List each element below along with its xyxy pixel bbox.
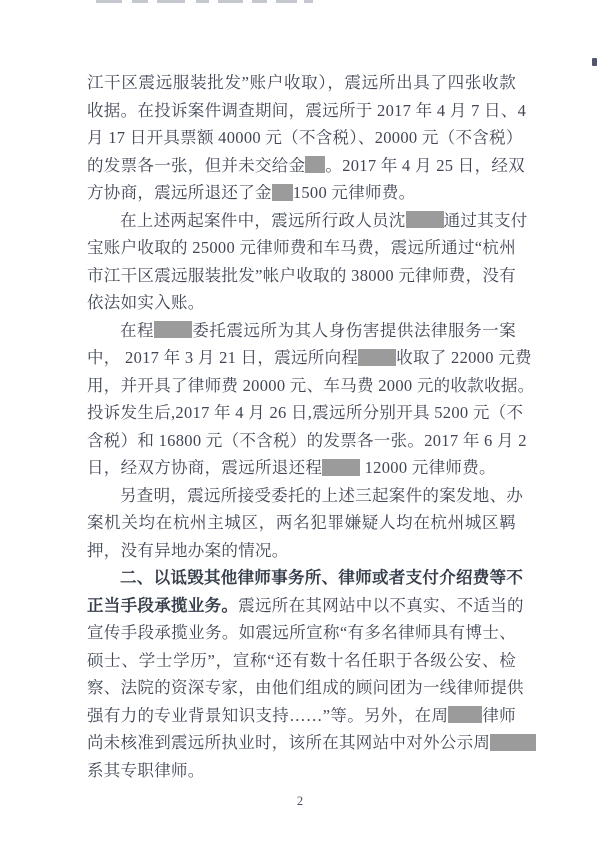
text-line: 尚未核准到震远所执业时，该所在其网站中对外公示周 [87,729,516,757]
text-line: 依法如实入账。 [87,289,516,317]
body-text: 1500 元律师费。 [293,183,416,202]
text-line: 宣传手段承揽业务。如震远所宣称“有多名律师具有博士、 [87,619,516,647]
body-text: 宝账户收取的 25000 元律师费和车马费，震远所通过“杭州 [87,238,516,257]
text-line: 江干区震远服装批发”账户收取），震远所出具了四张收款 [87,69,516,97]
paragraph: 另查明，震远所接受委托的上述三起案件的案发地、办案机关均在杭州主城区，两名犯罪嫌… [87,482,516,565]
body-text: 投诉发生后,2017 年 4 月 26 日,震远所分别开具 5200 元（不 [87,403,523,422]
body-text: 押，没有异地办案的情况。 [87,541,289,560]
text-line: 中， 2017 年 3 月 21 日，震远所向程收取了 22000 元费 [87,344,516,372]
scan-edge-mark [252,0,267,3]
section-heading-text: 正当手段承揽业务。 [87,596,238,615]
redaction-box [272,184,293,201]
text-line: 日，经双方协商，震远所退还程 12000 元律师费。 [87,454,516,482]
text-line: 宝账户收取的 25000 元律师费和车马费，震远所通过“杭州 [87,234,516,262]
body-text: 案机关均在杭州主城区，两名犯罪嫌疑人均在杭州城区羁 [87,513,516,532]
text-line: 正当手段承揽业务。震远所在其网站中以不真实、不适当的 [87,592,516,620]
body-text: 委托震远所为其人身伤害提供法律服务一案 [192,321,516,340]
scan-edge-mark [304,0,313,3]
scan-speck [592,58,597,66]
text-line: 强有力的专业背景知识支持……”等。另外，在周律师 [87,702,516,730]
text-line: 用，并开具了律师费 20000 元、车马费 2000 元的收款收据。 [87,372,516,400]
scan-edge-mark [276,0,297,3]
paragraph: 在程委托震远所为其人身伤害提供法律服务一案中， 2017 年 3 月 21 日，… [87,317,516,482]
body-text: 硕士、学士学历”，宣称“还有数十名任职于各级公安、检 [87,651,516,670]
text-line: 月 17 日开具票额 40000 元（不含税）、20000 元（不含税） [87,124,516,152]
section-heading-text: 二、以诋毁其他律师事务所、律师或者支付介绍费等不 [120,568,523,587]
redaction-box [322,459,360,476]
redaction-box [305,156,325,173]
body-text: 强有力的专业背景知识支持……”等。另外，在周 [87,706,448,725]
body-text: 的发票各一张，但并未交给金 [87,156,305,175]
body-text: 日，经双方协商，震远所退还程 [87,458,322,477]
redaction-box [358,349,396,366]
body-text: 系其专职律师。 [87,761,205,780]
redaction-box [154,321,192,338]
body-text: 市江干区震远服装批发”帐户收取的 38000 元律师费，没有 [87,266,516,285]
paragraph: 江干区震远服装批发”账户收取），震远所出具了四张收款收据。在投诉案件调查期间，震… [87,69,516,207]
paragraph: 二、以诋毁其他律师事务所、律师或者支付介绍费等不正当手段承揽业务。震远所在其网站… [87,564,516,784]
body-text: 江干区震远服装批发”账户收取），震远所出具了四张收款 [87,73,516,92]
text-line: 察、法院的资深专家，由他们组成的顾问团为一线律师提供 [87,674,516,702]
body-text: 尚未核准到震远所执业时，该所在其网站中对外公示周 [87,733,490,752]
text-line: 在程委托震远所为其人身伤害提供法律服务一案 [87,317,516,345]
body-text: 收据。在投诉案件调查期间，震远所于 2017 年 4 月 7 日、4 [87,101,526,120]
body-text: 方协商，震远所退还了金 [87,183,272,202]
document-page: 江干区震远服装批发”账户收取），震远所出具了四张收款收据。在投诉案件调查期间，震… [0,0,600,856]
text-line: 的发票各一张，但并未交给金。2017 年 4 月 25 日，经双 [87,152,516,180]
body-text: 。2017 年 4 月 25 日，经双 [325,156,525,175]
text-line: 市江干区震远服装批发”帐户收取的 38000 元律师费，没有 [87,262,516,290]
text-line: 系其专职律师。 [87,757,516,785]
page-number: 2 [0,794,600,809]
text-line: 方协商，震远所退还了金1500 元律师费。 [87,179,516,207]
scan-edge-mark [132,0,148,3]
text-line: 二、以诋毁其他律师事务所、律师或者支付介绍费等不 [87,564,516,592]
body-text: 察、法院的资深专家，由他们组成的顾问团为一线律师提供 [87,678,524,697]
body-text: 12000 元律师费。 [360,458,496,477]
text-line: 在上述两起案件中，震远所行政人员沈通过其支付 [87,207,516,235]
paragraph: 在上述两起案件中，震远所行政人员沈通过其支付宝账户收取的 25000 元律师费和… [87,207,516,317]
text-line: 投诉发生后,2017 年 4 月 26 日,震远所分别开具 5200 元（不 [87,399,516,427]
scan-edge-mark [196,0,209,3]
body-text: 震远所在其网站中以不真实、不适当的 [238,596,524,615]
body-text: 月 17 日开具票额 40000 元（不含税）、20000 元（不含税） [87,128,523,147]
text-line: 硕士、学士学历”，宣称“还有数十名任职于各级公安、检 [87,647,516,675]
redaction-box [406,211,444,228]
scan-edge-mark [96,0,122,3]
scan-edge-mark [157,0,185,3]
body-text: 宣传手段承揽业务。如震远所宣称“有多名律师具有博士、 [87,623,516,642]
document-body: 江干区震远服装批发”账户收取），震远所出具了四张收款收据。在投诉案件调查期间，震… [87,69,516,784]
body-text: 通过其支付 [444,211,528,230]
body-text: 含税）和 16800 元（不含税）的发票各一张。2017 年 6 月 2 [87,431,527,450]
scan-edge-mark [218,0,243,3]
body-text: 在程 [120,321,154,340]
body-text: 中， 2017 年 3 月 21 日，震远所向程 [87,348,358,367]
redaction-box [448,706,482,723]
body-text: 用，并开具了律师费 20000 元、车马费 2000 元的收款收据。 [87,376,534,395]
redaction-box [490,734,536,751]
body-text: 收取了 22000 元费 [396,348,532,367]
body-text: 律师 [482,706,516,725]
text-line: 另查明，震远所接受委托的上述三起案件的案发地、办 [87,482,516,510]
text-line: 含税）和 16800 元（不含税）的发票各一张。2017 年 6 月 2 [87,427,516,455]
text-line: 押，没有异地办案的情况。 [87,537,516,565]
body-text: 在上述两起案件中，震远所行政人员沈 [120,211,406,230]
text-line: 收据。在投诉案件调查期间，震远所于 2017 年 4 月 7 日、4 [87,97,516,125]
body-text: 依法如实入账。 [87,293,205,312]
text-line: 案机关均在杭州主城区，两名犯罪嫌疑人均在杭州城区羁 [87,509,516,537]
body-text: 另查明，震远所接受委托的上述三起案件的案发地、办 [120,486,523,505]
